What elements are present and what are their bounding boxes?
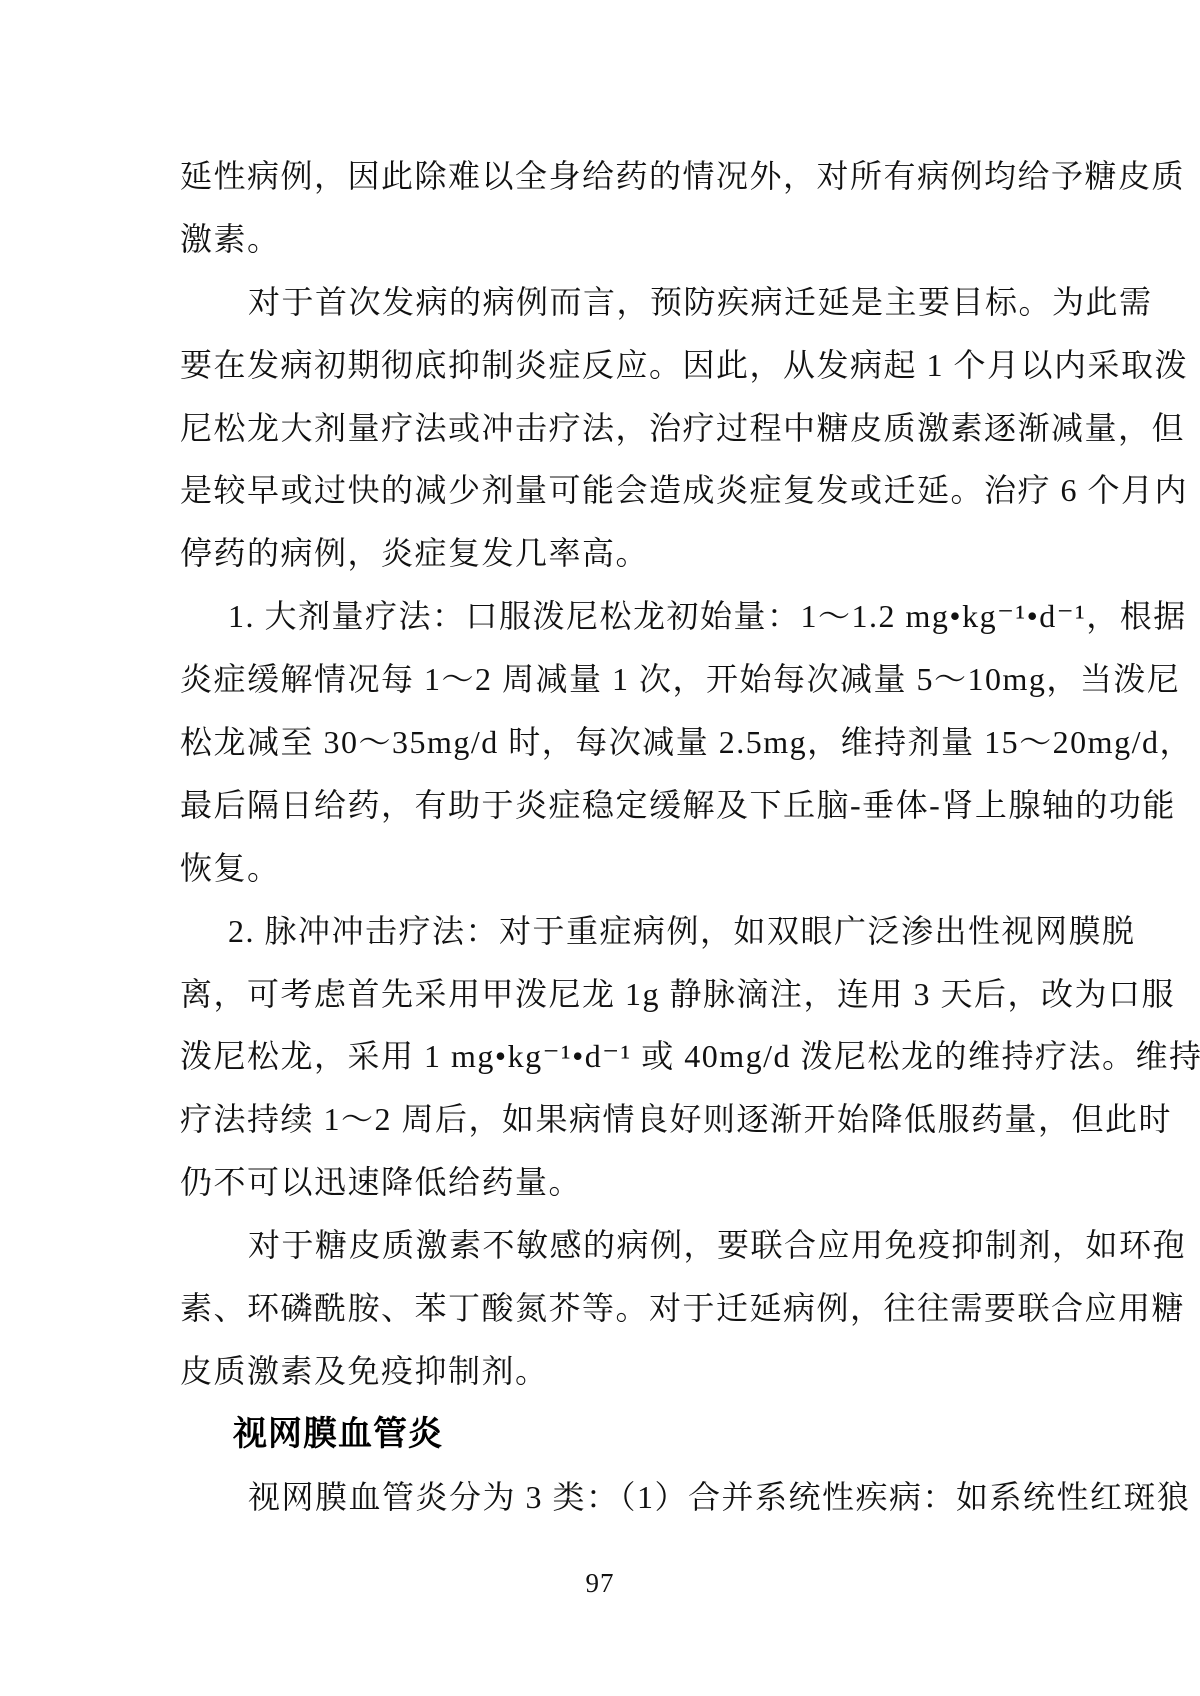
text-line: 素、环磷酰胺、苯丁酸氮芥等。对于迁延病例，往往需要联合应用糖 [180, 1277, 1022, 1340]
body-text: 延性病例，因此除难以全身给药的情况外，对所有病例均给予糖皮质 激素。 对于首次发… [180, 145, 1022, 1529]
paragraph: 2. 脉冲冲击疗法：对于重症病例，如双眼广泛渗出性视网膜脱 离，可考虑首先采用甲… [180, 900, 1022, 1214]
text-line: 视网膜血管炎分为 3 类：（1）合并系统性疾病：如系统性红斑狼 [180, 1466, 1022, 1529]
text-line: 对于首次发病的病例而言，预防疾病迁延是主要目标。为此需 [180, 271, 1022, 334]
text-line: 尼松龙大剂量疗法或冲击疗法，治疗过程中糖皮质激素逐渐减量，但 [180, 397, 1022, 460]
paragraph: 延性病例，因此除难以全身给药的情况外，对所有病例均给予糖皮质 激素。 [180, 145, 1022, 271]
text-line: 炎症缓解情况每 1～2 周减量 1 次，开始每次减量 5～10mg，当泼尼 [180, 648, 1022, 711]
text-line: 最后隔日给药，有助于炎症稳定缓解及下丘脑-垂体-肾上腺轴的功能 [180, 774, 1022, 837]
text-line: 泼尼松龙，采用 1 mg•kg⁻¹•d⁻¹ 或 40mg/d 泼尼松龙的维持疗法… [180, 1025, 1022, 1088]
paragraph: 1. 大剂量疗法：口服泼尼松龙初始量：1～1.2 mg•kg⁻¹•d⁻¹，根据 … [180, 585, 1022, 899]
section-heading: 视网膜血管炎 [180, 1403, 1022, 1466]
paragraph: 对于糖皮质激素不敏感的病例，要联合应用免疫抑制剂，如环孢 素、环磷酰胺、苯丁酸氮… [180, 1214, 1022, 1403]
text-line: 要在发病初期彻底抑制炎症反应。因此，从发病起 1 个月以内采取泼 [180, 334, 1022, 397]
text-line: 激素。 [180, 208, 1022, 271]
text-line: 疗法持续 1～2 周后，如果病情良好则逐渐开始降低服药量，但此时 [180, 1088, 1022, 1151]
page-number: 97 [0, 1568, 1200, 1599]
text-line: 对于糖皮质激素不敏感的病例，要联合应用免疫抑制剂，如环孢 [180, 1214, 1022, 1277]
text-line: 皮质激素及免疫抑制剂。 [180, 1340, 1022, 1403]
text-line: 恢复。 [180, 837, 1022, 900]
text-line: 1. 大剂量疗法：口服泼尼松龙初始量：1～1.2 mg•kg⁻¹•d⁻¹，根据 [180, 585, 1022, 648]
text-line: 2. 脉冲冲击疗法：对于重症病例，如双眼广泛渗出性视网膜脱 [180, 900, 1022, 963]
text-line: 仍不可以迅速降低给药量。 [180, 1151, 1022, 1214]
text-line: 延性病例，因此除难以全身给药的情况外，对所有病例均给予糖皮质 [180, 145, 1022, 208]
paragraph: 视网膜血管炎分为 3 类：（1）合并系统性疾病：如系统性红斑狼 [180, 1466, 1022, 1529]
paragraph: 对于首次发病的病例而言，预防疾病迁延是主要目标。为此需 要在发病初期彻底抑制炎症… [180, 271, 1022, 585]
text-line: 停药的病例，炎症复发几率高。 [180, 522, 1022, 585]
text-line: 离，可考虑首先采用甲泼尼龙 1g 静脉滴注，连用 3 天后，改为口服 [180, 963, 1022, 1026]
text-line: 是较早或过快的减少剂量可能会造成炎症复发或迁延。治疗 6 个月内 [180, 459, 1022, 522]
text-line: 松龙减至 30～35mg/d 时，每次减量 2.5mg，维持剂量 15～20mg… [180, 711, 1022, 774]
document-page: 延性病例，因此除难以全身给药的情况外，对所有病例均给予糖皮质 激素。 对于首次发… [0, 0, 1200, 1696]
